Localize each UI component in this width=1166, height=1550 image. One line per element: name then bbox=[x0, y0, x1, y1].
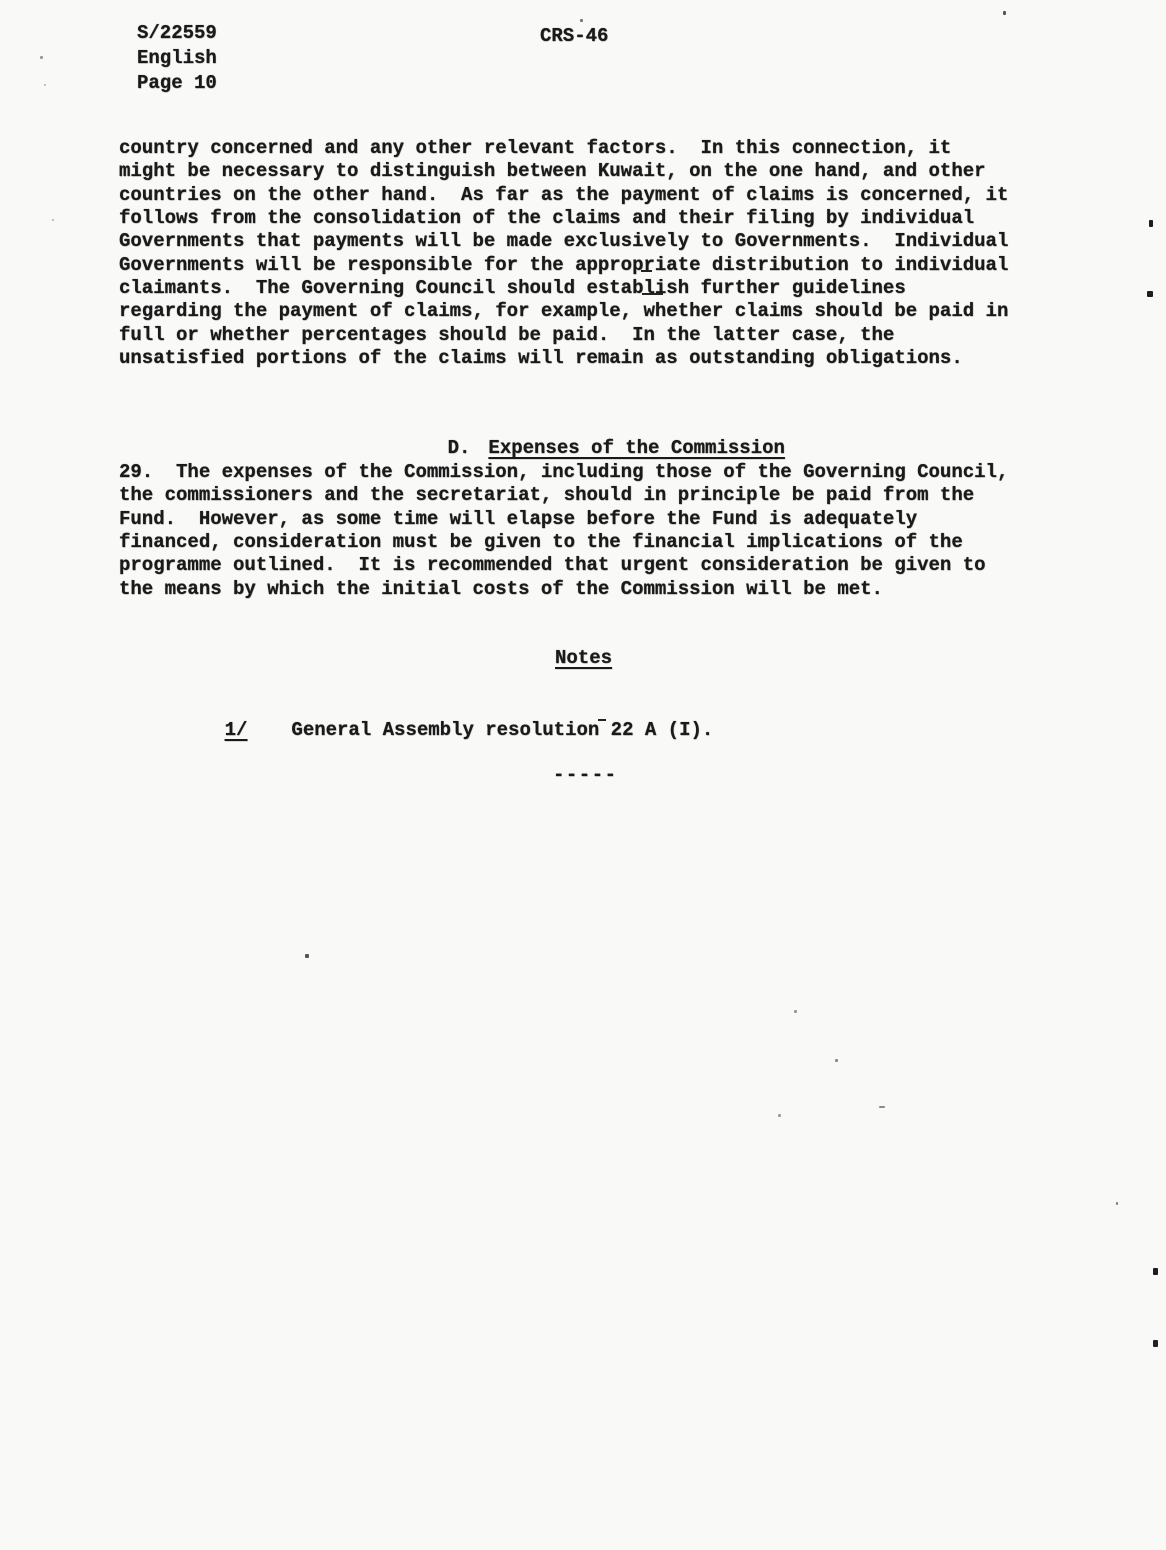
text-line: full or whether percentages should be pa… bbox=[119, 324, 1008, 347]
body-paragraph-continuation: country concerned and any other relevant… bbox=[119, 137, 1008, 370]
scan-speck bbox=[1003, 11, 1006, 15]
page-number: Page 10 bbox=[137, 71, 217, 96]
scan-speck bbox=[835, 1059, 838, 1062]
text-line: 29. The expenses of the Commission, incl… bbox=[119, 461, 1008, 484]
text-line: programme outlined. It is recommended th… bbox=[119, 554, 1008, 577]
text-line: might be necessary to distinguish betwee… bbox=[119, 160, 1008, 183]
footnote-text: General Assembly resolution 22 A (I). bbox=[291, 719, 713, 741]
footnote: 1/General Assembly resolution 22 A (I). bbox=[179, 696, 713, 766]
scan-speck bbox=[40, 56, 43, 59]
section-letter: D. bbox=[448, 437, 471, 459]
scan-speck bbox=[1153, 1340, 1158, 1347]
typewriter-underline-artifact bbox=[641, 270, 652, 272]
scan-speck bbox=[305, 954, 309, 958]
document-reference: CRS-46 bbox=[540, 25, 608, 48]
language-label: English bbox=[137, 46, 217, 71]
text-line: country concerned and any other relevant… bbox=[119, 137, 1008, 160]
doc-symbol: S/22559 bbox=[137, 21, 217, 46]
text-line: follows from the consolidation of the cl… bbox=[119, 207, 1008, 230]
scan-speck bbox=[580, 19, 583, 22]
text-line: Governments will be responsible for the … bbox=[119, 254, 1008, 277]
scan-speck bbox=[1147, 291, 1153, 297]
text-line: financed, consideration must be given to… bbox=[119, 531, 1008, 554]
section-title: Expenses of the Commission bbox=[488, 437, 784, 459]
text-line: the means by which the initial costs of … bbox=[119, 578, 1008, 601]
typewriter-underline-artifact bbox=[598, 719, 606, 721]
scan-speck bbox=[1153, 1268, 1158, 1275]
scan-speck bbox=[778, 1114, 781, 1117]
text-line: Governments that payments will be made e… bbox=[119, 230, 1008, 253]
document-page: S/22559 English Page 10 CRS-46 country c… bbox=[0, 0, 1166, 1550]
scan-speck bbox=[1149, 220, 1153, 227]
text-line: countries on the other hand. As far as t… bbox=[119, 184, 1008, 207]
paragraph-29: 29. The expenses of the Commission, incl… bbox=[119, 461, 1008, 601]
scan-speck bbox=[1116, 1202, 1118, 1205]
text-line: claimants. The Governing Council should … bbox=[119, 277, 1008, 300]
text-line: Fund. However, as some time will elapse … bbox=[119, 508, 1008, 531]
scan-speck bbox=[879, 1106, 885, 1108]
text-line: regarding the payment of claims, for exa… bbox=[119, 300, 1008, 323]
header-block: S/22559 English Page 10 bbox=[137, 21, 217, 96]
text-line: unsatisfied portions of the claims will … bbox=[119, 347, 1008, 370]
scan-speck bbox=[794, 1010, 797, 1013]
scan-speck bbox=[52, 219, 54, 221]
text-line: the commissioners and the secretariat, s… bbox=[119, 484, 1008, 507]
typewriter-underline-artifact bbox=[642, 293, 663, 295]
scan-speck bbox=[44, 84, 46, 86]
footnote-marker: 1/ bbox=[225, 719, 248, 741]
end-rule: ----- bbox=[553, 764, 618, 787]
notes-heading: Notes bbox=[555, 647, 612, 670]
